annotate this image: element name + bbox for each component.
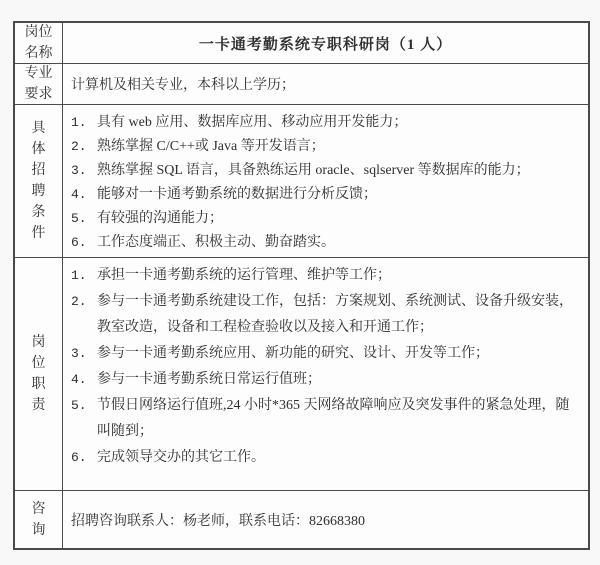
row-major-requirement: 专业要求 计算机及相关专业，本科以上学历； — [15, 64, 588, 105]
list-item-text: 工作态度端正、积极主动、勤奋踏实。 — [97, 231, 582, 255]
list-item: 5.节假日网络运行值班,24 小时*365 天网络故障响应及突发事件的紧急处理，… — [71, 393, 582, 445]
duties-label-cell: 岗位职责 — [15, 258, 63, 490]
contact-label-cell: 咨询 — [15, 491, 63, 548]
list-item-text: 熟练掌握 C/C++或 Java 等开发语言； — [97, 135, 582, 159]
list-item-text: 节假日网络运行值班,24 小时*365 天网络故障响应及突发事件的紧急处理，随叫… — [97, 393, 582, 445]
duties-cell: 1.承担一卡通考勤系统的运行管理、维护等工作；2.参与一卡通考勤系统建设工作，包… — [63, 258, 588, 490]
list-item-number: 4. — [71, 367, 97, 393]
list-item-text: 有较强的沟通能力； — [97, 207, 582, 231]
major-label-cell: 专业要求 — [15, 64, 63, 104]
list-item-number: 1. — [71, 111, 97, 135]
row-duties: 岗位职责 1.承担一卡通考勤系统的运行管理、维护等工作；2.参与一卡通考勤系统建… — [15, 258, 588, 491]
conditions-label: 具体招聘条件 — [32, 118, 46, 244]
list-item: 2.熟练掌握 C/C++或 Java 等开发语言； — [71, 135, 582, 159]
position-name-label: 岗位名称 — [25, 22, 53, 64]
position-name-label-cell: 岗位名称 — [15, 23, 63, 63]
position-name-cell: 一卡通考勤系统专职科研岗（1 人） — [63, 23, 588, 63]
conditions-label-cell: 具体招聘条件 — [15, 105, 63, 257]
major-text: 计算机及相关专业，本科以上学历； — [71, 74, 588, 94]
row-conditions: 具体招聘条件 1.具有 web 应用、数据库应用、移动应用开发能力；2.熟练掌握… — [15, 105, 588, 258]
list-item-text: 能够对一卡通考勤系统的数据进行分析反馈； — [97, 183, 582, 207]
list-item-text: 参与一卡通考勤系统日常运行值班； — [97, 367, 582, 393]
list-item-number: 4. — [71, 183, 97, 207]
list-item-number: 3. — [71, 341, 97, 367]
contact-label: 咨询 — [32, 499, 46, 541]
contact-text: 招聘咨询联系人：杨老师，联系电话：82668380 — [71, 510, 588, 530]
list-item-text: 具有 web 应用、数据库应用、移动应用开发能力； — [97, 111, 582, 135]
list-item: 4.参与一卡通考勤系统日常运行值班； — [71, 367, 582, 393]
contact-cell: 招聘咨询联系人：杨老师，联系电话：82668380 — [63, 491, 588, 548]
list-item-number: 5. — [71, 393, 97, 419]
position-title: 一卡通考勤系统专职科研岗（1 人） — [199, 33, 452, 54]
list-item: 5.有较强的沟通能力； — [71, 207, 582, 231]
list-item-number: 6. — [71, 445, 97, 471]
row-position-name: 岗位名称 一卡通考勤系统专职科研岗（1 人） — [15, 23, 588, 64]
list-item: 2.参与一卡通考勤系统建设工作，包括：方案规划、系统测试、设备升级安装，教室改造… — [71, 289, 582, 341]
recruitment-table: 岗位名称 一卡通考勤系统专职科研岗（1 人） 专业要求 计算机及相关专业，本科以… — [13, 21, 590, 550]
list-item-number: 5. — [71, 207, 97, 231]
major-label: 专业要求 — [25, 63, 53, 105]
list-item-number: 2. — [71, 135, 97, 159]
conditions-cell: 1.具有 web 应用、数据库应用、移动应用开发能力；2.熟练掌握 C/C++或… — [63, 105, 588, 257]
conditions-list: 1.具有 web 应用、数据库应用、移动应用开发能力；2.熟练掌握 C/C++或… — [63, 108, 588, 255]
list-item-text: 参与一卡通考勤系统建设工作，包括：方案规划、系统测试、设备升级安装，教室改造，设… — [97, 289, 582, 341]
list-item: 1.承担一卡通考勤系统的运行管理、维护等工作； — [71, 263, 582, 289]
duties-list: 1.承担一卡通考勤系统的运行管理、维护等工作；2.参与一卡通考勤系统建设工作，包… — [63, 258, 588, 471]
duties-label: 岗位职责 — [32, 332, 46, 416]
list-item: 4.能够对一卡通考勤系统的数据进行分析反馈； — [71, 183, 582, 207]
list-item: 6.完成领导交办的其它工作。 — [71, 445, 582, 471]
row-contact: 咨询 招聘咨询联系人：杨老师，联系电话：82668380 — [15, 491, 588, 548]
list-item-text: 承担一卡通考勤系统的运行管理、维护等工作； — [97, 263, 582, 289]
list-item: 3.熟练掌握 SQL 语言，具备熟练运用 oracle、sqlserver 等数… — [71, 159, 582, 183]
list-item-number: 6. — [71, 231, 97, 255]
list-item-text: 熟练掌握 SQL 语言，具备熟练运用 oracle、sqlserver 等数据库… — [97, 159, 582, 183]
list-item: 1.具有 web 应用、数据库应用、移动应用开发能力； — [71, 111, 582, 135]
list-item-text: 参与一卡通考勤系统应用、新功能的研究、设计、开发等工作； — [97, 341, 582, 367]
list-item: 3.参与一卡通考勤系统应用、新功能的研究、设计、开发等工作； — [71, 341, 582, 367]
list-item: 6.工作态度端正、积极主动、勤奋踏实。 — [71, 231, 582, 255]
list-item-text: 完成领导交办的其它工作。 — [97, 445, 582, 471]
major-cell: 计算机及相关专业，本科以上学历； — [63, 64, 588, 104]
list-item-number: 3. — [71, 159, 97, 183]
list-item-number: 2. — [71, 289, 97, 315]
list-item-number: 1. — [71, 263, 97, 289]
